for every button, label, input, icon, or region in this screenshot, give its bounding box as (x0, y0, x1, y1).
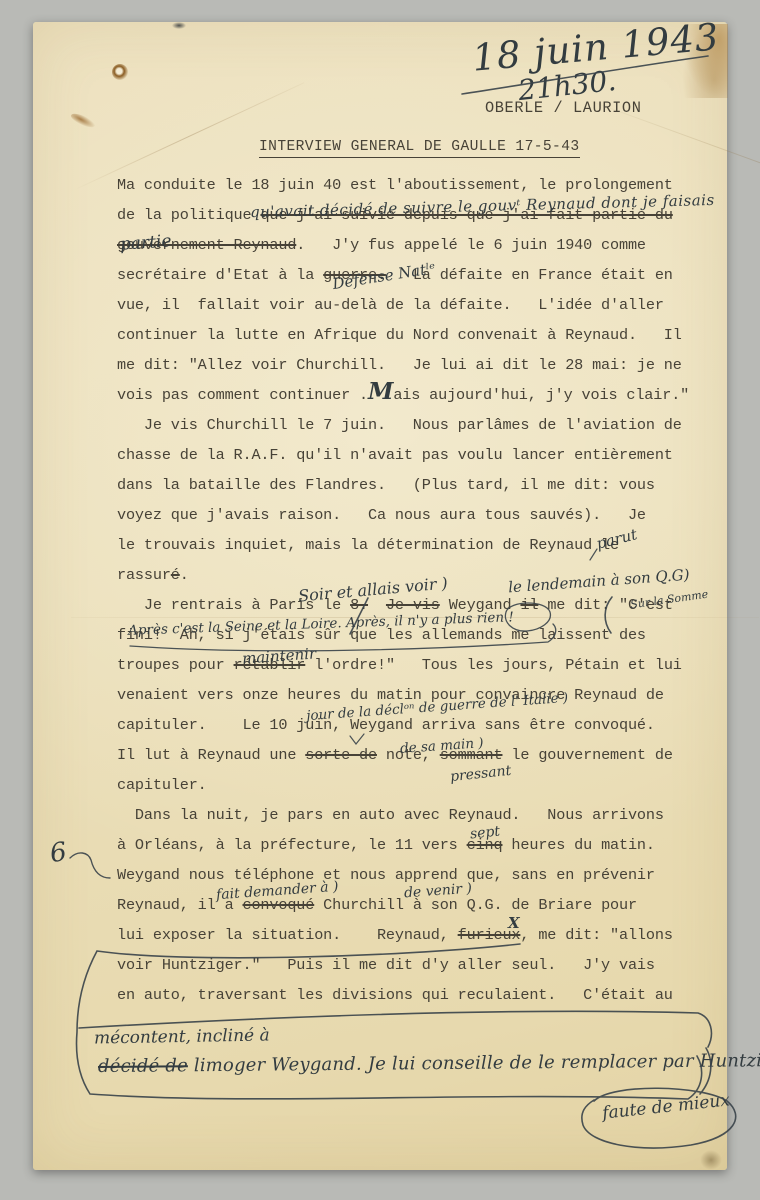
typed-segment: Weygand nous téléphone et nous apprend q… (117, 866, 655, 884)
handwritten-x-mark: X (508, 914, 520, 932)
typed-segment: troupes pour (117, 656, 234, 674)
typed-segment: voyez que j'avais raison. Ca nous aura t… (117, 506, 646, 524)
typed-line: vois pas comment continuer .Mais aujourd… (117, 380, 703, 410)
typed-line: vue, il fallait voir au-delà de la défai… (117, 290, 703, 320)
typed-segment: dans la bataille des Flandres. (Plus tar… (117, 476, 655, 494)
typed-segment: me dit: "Allez voir Churchill. Je lui ai… (117, 356, 682, 374)
typed-segment: Dans la nuit, je pars en auto avec Reyna… (117, 806, 664, 824)
typed-segment: capituler. Le 10 juin, Weygand arriva sa… (117, 716, 655, 734)
typed-line: lui exposer la situation. Reynaud, furie… (117, 920, 703, 950)
typed-segment: l'ordre!" Tous les jours, Pétain et lui (305, 656, 682, 674)
typed-line: voyez que j'avais raison. Ca nous aura t… (117, 500, 703, 530)
typed-struck-segment: sorte de (305, 746, 377, 764)
scanned-document-canvas: 18 juin 1943 21h30. OBERLE / LAURION INT… (0, 0, 760, 1200)
typed-segment: lui exposer la situation. Reynaud, (117, 926, 458, 944)
typed-segment: , me dit: "allons (520, 926, 672, 944)
typed-line: dans la bataille des Flandres. (Plus tar… (117, 470, 703, 500)
typed-segment: capituler. (117, 776, 207, 794)
typed-segment: . J'y fus appelé le 6 juin 1940 comme (296, 236, 646, 254)
typed-segment: heures du matin. (502, 836, 654, 854)
typed-struck-segment: é (171, 566, 180, 584)
typed-line: Je vis Churchill le 7 juin. Nous parlâme… (117, 410, 703, 440)
typed-segment: voir Huntziger." Puis il me dit d'y alle… (117, 956, 655, 974)
typed-line: capituler. (117, 770, 703, 800)
typed-segment: secrétaire d'Etat à la (117, 266, 323, 284)
handwritten-note-mecontent: mécontent, incliné à (94, 1025, 270, 1048)
typed-segment: en auto, traversant les divisions qui re… (117, 986, 673, 1004)
typed-segment: vois pas comment continuer . (117, 386, 368, 404)
typed-segment: vue, il fallait voir au-delà de la défai… (117, 296, 664, 314)
typed-segment: continuer la lutte en Afrique du Nord co… (117, 326, 682, 344)
typed-line: en auto, traversant les divisions qui re… (117, 980, 703, 1010)
typed-segment: le gouvernement de (502, 746, 672, 764)
typed-line: Dans la nuit, je pars en auto avec Reyna… (117, 800, 703, 830)
typed-segment: Il lut à Reynaud une (117, 746, 305, 764)
typed-line: à Orléans, à la préfecture, le 11 vers c… (117, 830, 703, 860)
typed-segment: . (180, 566, 189, 584)
authors-line: OBERLE / LAURION (485, 99, 641, 117)
handwritten-note-partie: partie (119, 231, 172, 255)
typed-segment: Ma conduite le 18 juin 40 est l'aboutiss… (117, 176, 673, 194)
typed-line: troupes pour rétablir l'ordre!" Tous les… (117, 650, 703, 680)
typed-segment: Churchill à son Q.G. de Briare pour (314, 896, 637, 914)
typed-line: chasse de la R.A.F. qu'il n'avait pas vo… (117, 440, 703, 470)
typed-line: me dit: "Allez voir Churchill. Je lui ai… (117, 350, 703, 380)
typed-segment: de la politique (117, 206, 260, 224)
typed-struck-segment: il (520, 596, 538, 614)
typed-segment: Je vis Churchill le 7 juin. Nous parlâme… (117, 416, 682, 434)
typed-line: voir Huntziger." Puis il me dit d'y alle… (117, 950, 703, 980)
document-title: INTERVIEW GENERAL DE GAULLE 17-5-43 (259, 139, 580, 158)
handwritten-struck-decide-de: décidé de (98, 1055, 188, 1077)
handwritten-note-sept: sept (469, 823, 501, 842)
typed-line: continuer la lutte en Afrique du Nord co… (117, 320, 703, 350)
typed-segment: à Orléans, à la préfecture, le 11 vers (117, 836, 467, 854)
typed-line: gouvernement Reynaud. J'y fus appelé le … (117, 230, 703, 260)
typed-segment: rassur (117, 566, 171, 584)
typed-segment: le trouvais inquiet, mais la déterminati… (117, 536, 619, 554)
typed-segment: chasse de la R.A.F. qu'il n'avait pas vo… (117, 446, 673, 464)
handwritten-inline-correction: M (368, 378, 393, 405)
typed-segment: ais aujourd'hui, j'y vois clair." (393, 386, 689, 404)
